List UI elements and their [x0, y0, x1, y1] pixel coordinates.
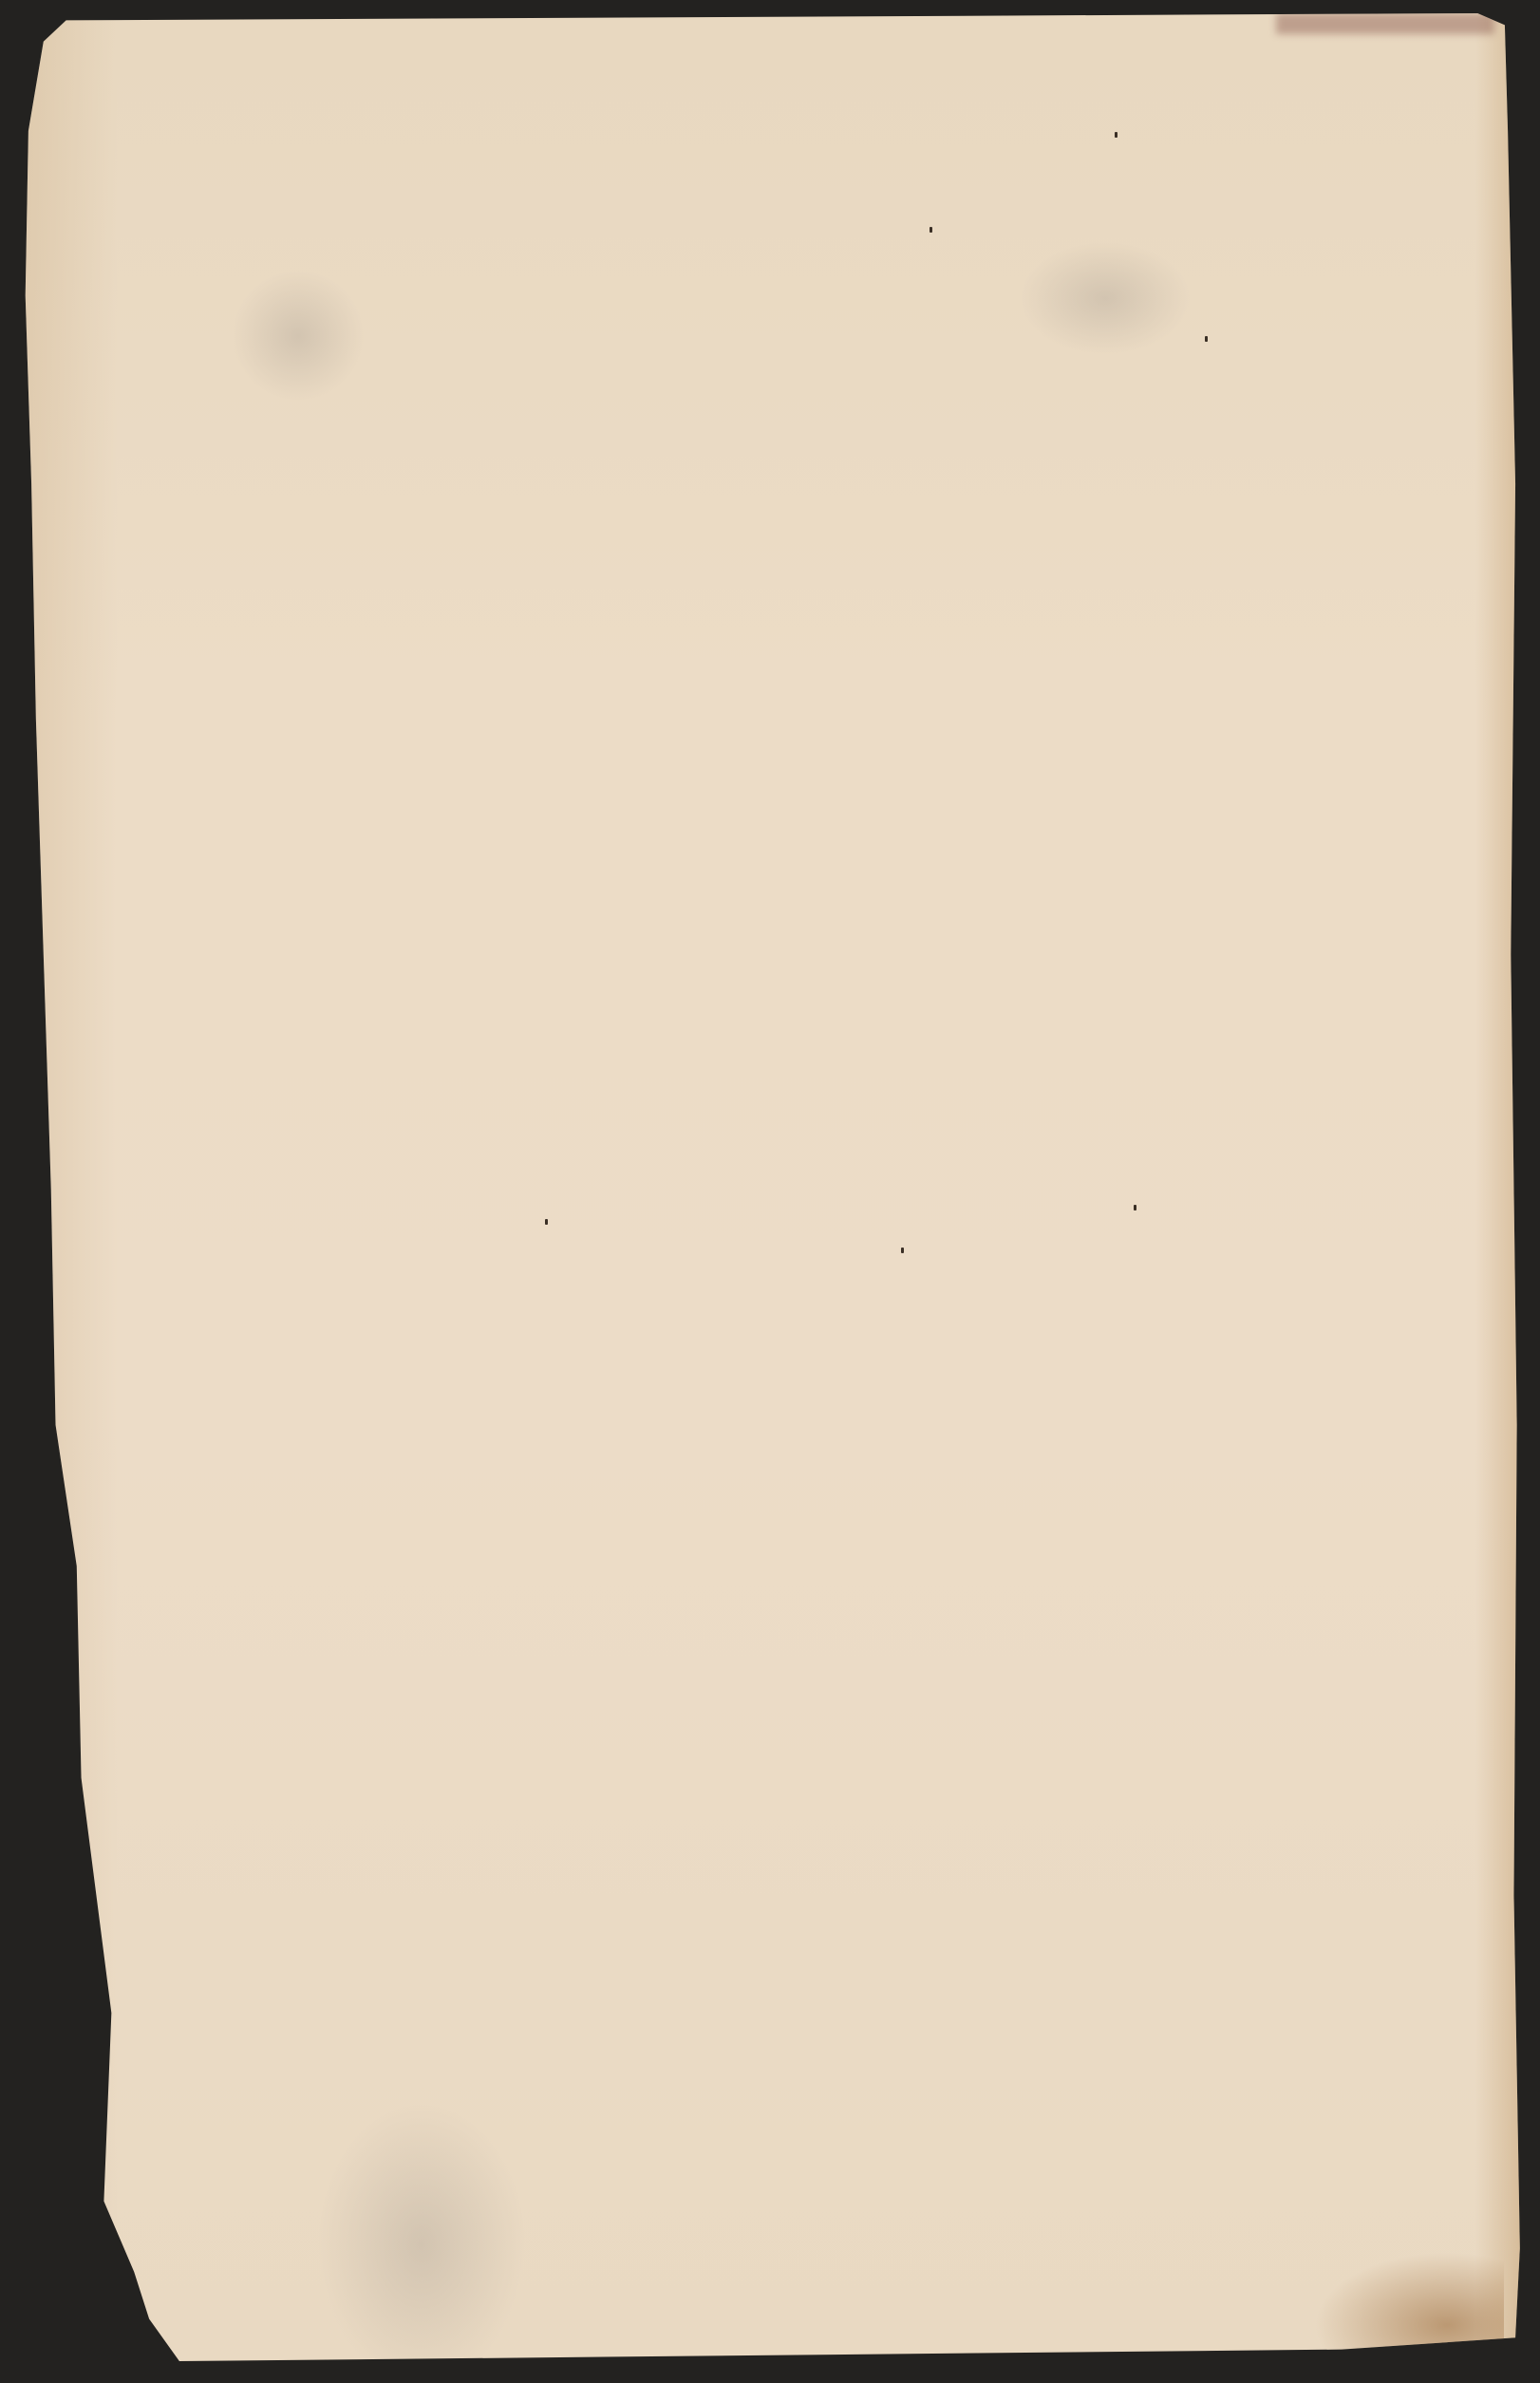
paper-speck	[1134, 1205, 1136, 1210]
left-edge-discoloration	[13, 13, 118, 2366]
paper-speck	[1115, 132, 1117, 138]
paper-speck	[930, 227, 932, 233]
water-stain	[232, 270, 365, 403]
top-corner-stain	[1276, 13, 1494, 34]
right-edge-discoloration	[1475, 13, 1523, 2366]
water-stain	[1020, 241, 1191, 355]
blank-paper-page	[13, 13, 1523, 2366]
paper-speck	[545, 1219, 548, 1225]
bottom-corner-stain	[1314, 2252, 1504, 2356]
paper-speck	[1205, 336, 1208, 342]
paper-speck	[901, 1248, 904, 1253]
water-stain	[317, 2102, 526, 2383]
